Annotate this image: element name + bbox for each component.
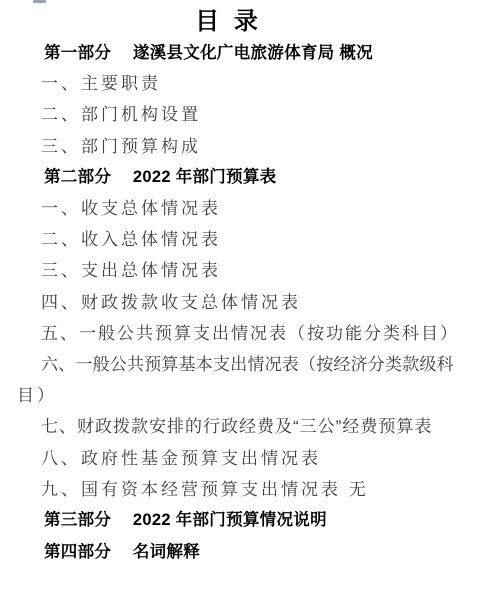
toc-item: 六、一般公共预算基本支出情况表（按经济分类款级科 [0, 347, 495, 378]
page-top-artifact [33, 0, 46, 3]
document-page: 目 录 第一部分 遂溪县文化广电旅游体育局 概况 一、主要职责 二、部门机构设置… [0, 0, 495, 612]
toc-item: 五、一般公共预算支出情况表（按功能分类科目） [0, 316, 495, 347]
toc-item: 一、主要职责 [0, 66, 495, 97]
toc-section-heading: 第四部分 名词解释 [0, 534, 495, 565]
toc-section-heading: 第二部分 2022 年部门预算表 [0, 160, 495, 191]
toc-title: 目 录 [0, 0, 495, 35]
toc-item-continuation: 目） [0, 378, 495, 409]
toc-item: 二、收入总体情况表 [0, 222, 495, 253]
toc-list: 第一部分 遂溪县文化广电旅游体育局 概况 一、主要职责 二、部门机构设置 三、部… [0, 35, 495, 565]
toc-item: 一、收支总体情况表 [0, 191, 495, 222]
toc-item: 八、政府性基金预算支出情况表 [0, 440, 495, 471]
toc-item: 二、部门机构设置 [0, 97, 495, 128]
toc-item: 三、支出总体情况表 [0, 253, 495, 284]
toc-item: 七、财政拨款安排的行政经费及“三公”经费预算表 [0, 409, 495, 440]
toc-item: 九、国有资本经营预算支出情况表 无 [0, 472, 495, 503]
toc-section-heading: 第三部分 2022 年部门预算情况说明 [0, 503, 495, 534]
toc-item: 四、财政拨款收支总体情况表 [0, 285, 495, 316]
toc-section-heading: 第一部分 遂溪县文化广电旅游体育局 概况 [0, 35, 495, 66]
toc-item: 三、部门预算构成 [0, 129, 495, 160]
